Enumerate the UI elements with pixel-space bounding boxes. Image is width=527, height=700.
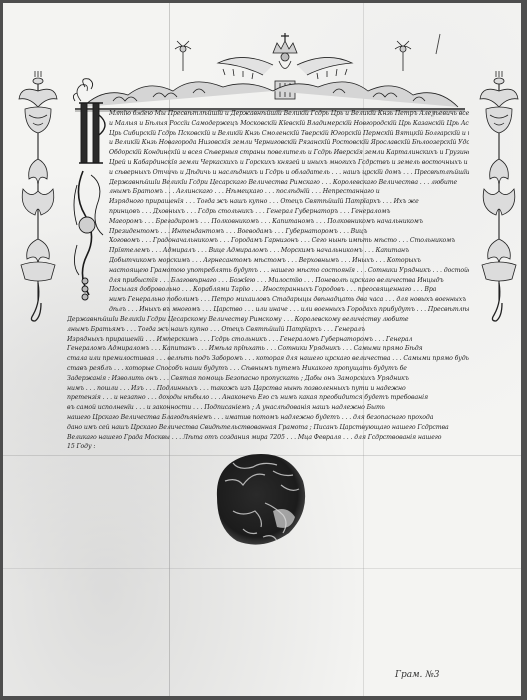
text-line: Мл҃тїю бж҃їею Мы Пресвѣтлѣйшїй и Державн… (109, 109, 469, 119)
text-line: Державнѣйшїи Великїи Гсдри Цесарскаго Ве… (109, 178, 469, 188)
text-line: Державнѣйшїи Великїи Гсдри Цесарскому Ве… (67, 315, 471, 325)
text-line: въ самой исполненїи . . . и законности .… (67, 403, 471, 413)
text-line: Маеоромъ . . . Брегадиромъ . . . Полковн… (109, 217, 469, 227)
text-line: Изрядныхъ прирашенїй . . . Имперскимъ . … (67, 335, 471, 345)
text-line: Посылая добровольно . . . Кораблями Тарї… (109, 285, 469, 295)
text-line: Генераломъ Адмираломъ . . . Капитанъ . .… (67, 344, 471, 354)
text-line: Изрядного прирашенїя . . . Тогда жъ нашъ… (109, 197, 469, 207)
text-line: Црей и Кабардинскїя земли Черкаскихъ и Г… (109, 158, 469, 168)
right-floral-border-icon (476, 69, 521, 329)
text-line: нимъ . . . пошли . . . Изъ . . . Подлинн… (67, 384, 471, 394)
text-line: претензія . . . и незапно . . . доходы н… (67, 393, 471, 403)
text-line: Прїятелемъ . . . Адмиралъ . . . Вице Адм… (109, 246, 469, 256)
text-line: и Великїй Кнзь Новагорода Низовскїя земл… (109, 138, 469, 148)
text-line: принцовъ . . . Дховныхъ . . . Гсдрь стол… (109, 207, 469, 217)
crown-headpiece-ornament-icon (73, 31, 468, 113)
text-line: дѣлъ . . . Иныхъ въ многомъ . . . Царств… (109, 305, 469, 315)
text-line: Хоговомъ . . . Градоначальникомъ . . . Г… (109, 236, 469, 246)
wax-seal-icon (203, 441, 315, 553)
text-line: ставъ реяблъ . . . которые Способъ наши … (67, 364, 471, 374)
charter-text-lower: Державнѣйшїи Великїи Гсдри Цесарскому Ве… (67, 315, 471, 452)
text-line: Задержанія : Изволить онъ . . . Святая п… (67, 374, 471, 384)
left-floral-border-icon (15, 69, 61, 329)
text-line: нимъ Генерально поболимъ . . . Петро мих… (109, 295, 469, 305)
text-line: Црь Сибирскїй Гсдрь Псковскїй и Великїй … (109, 129, 469, 139)
text-line: настоящею Грамотою употреблять будутъ . … (109, 266, 469, 276)
text-line: стала или премилостивая . . . велѣть под… (67, 354, 471, 364)
text-line: нашего Црскаго Величества Благодѣяніемъ … (67, 413, 471, 423)
text-line: Добытчикомъ морскимъ . . . Агрнесантомъ … (109, 256, 469, 266)
text-line: и сѣверныхъ Отчичь и Дѣдичь и наслѣдникъ… (109, 168, 469, 178)
text-line: Президентомъ . . . Интендантомъ . . . Во… (109, 227, 469, 237)
text-line: дано имъ сей нашъ Црскаго Величества Сви… (67, 423, 471, 433)
text-line: лнымъ Братомъ . . . Аглинскаго . . . Нѣм… (109, 187, 469, 197)
archive-mark: Грам. №3 (395, 670, 440, 680)
text-line: и Малыя и Бѣлыя Россїи Самодержецъ Моско… (109, 119, 469, 129)
text-line: лнымъ Братьямъ . . . Тогда жъ нашъ купно… (67, 325, 471, 335)
document-sheet: Мл҃тїю бж҃їею Мы Пресвѣтлѣйшїй и Державн… (3, 3, 521, 696)
charter-text-upper: Мл҃тїю бж҃їею Мы Пресвѣтлѣйшїй и Державн… (109, 109, 469, 315)
scan-border: Мл҃тїю бж҃їею Мы Пресвѣтлѣйшїй и Державн… (0, 0, 527, 700)
fold-line (3, 568, 521, 569)
text-line: для прибыстїя . . . Благовѣрнаго . . . Б… (109, 276, 469, 286)
text-line: Обдорскїй Кондинскїй и всея Сѣверныя стр… (109, 148, 469, 158)
